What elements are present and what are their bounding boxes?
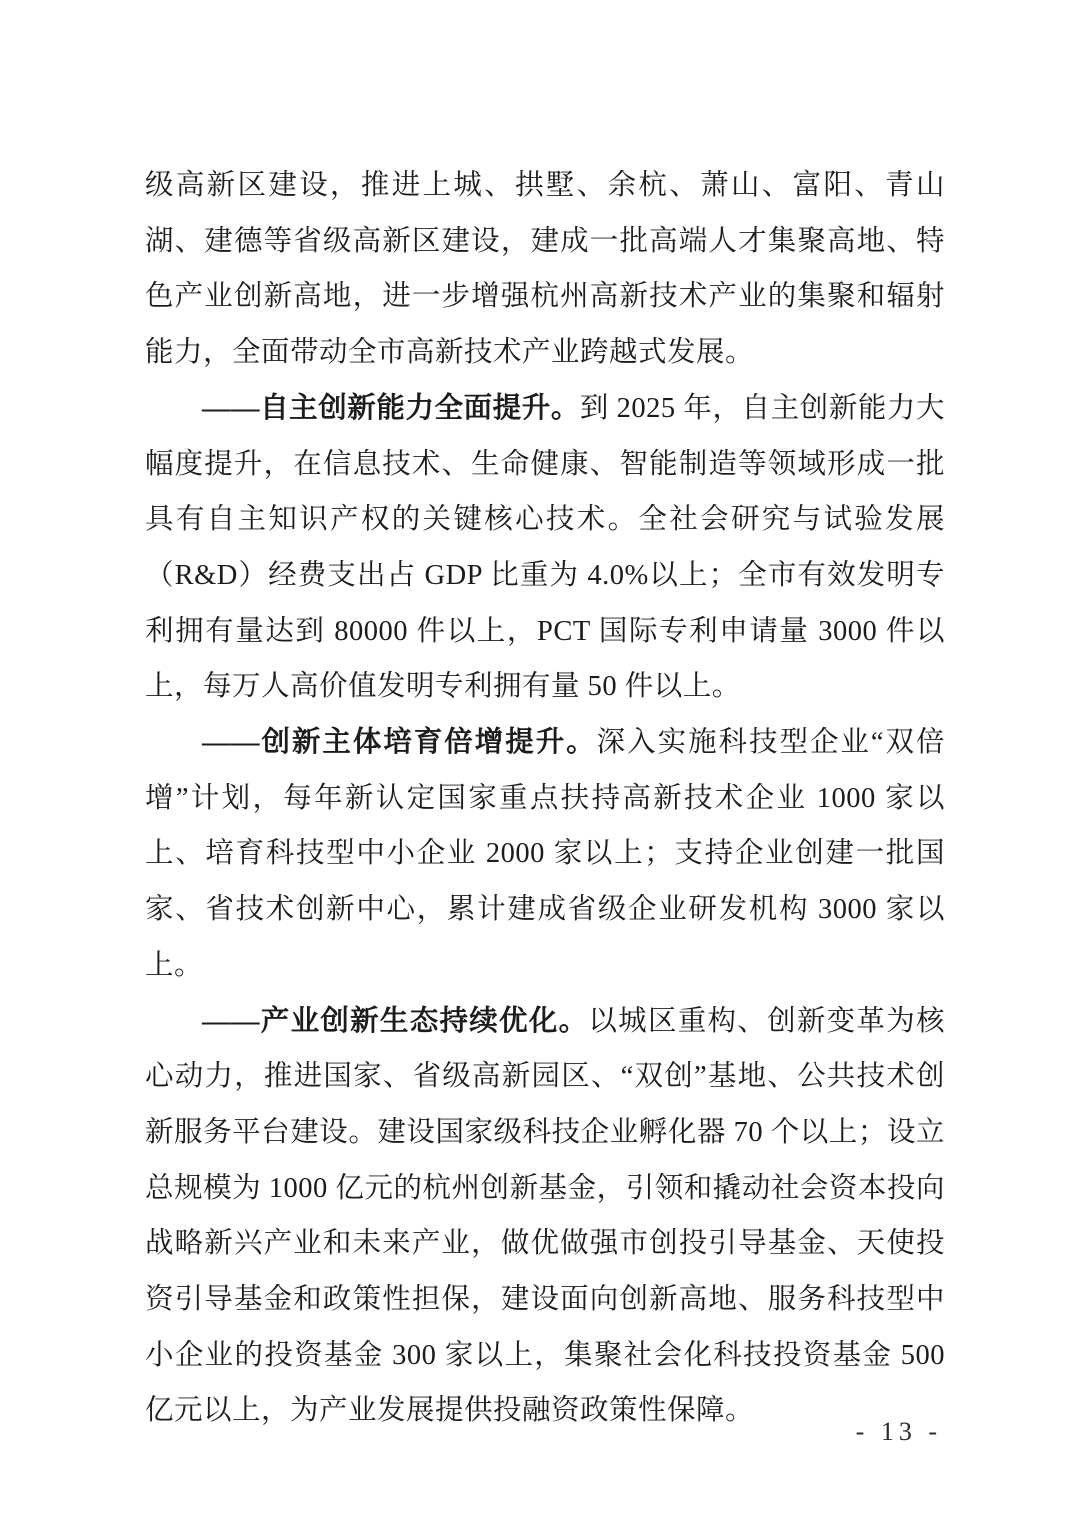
paragraph-text: 深入实施科技型企业“双倍增”计划，每年新认定国家重点扶持高新技术企业 1000 … (145, 727, 945, 981)
page-number: - 13 - (856, 1416, 942, 1448)
paragraph-continuation: 级高新区建设，推进上城、拱墅、余杭、萧山、富阳、青山湖、建德等省级高新区建设，建… (145, 158, 945, 381)
paragraph-innovation-capacity: ——自主创新能力全面提升。到 2025 年，自主创新能力大幅度提升，在信息技术、… (145, 381, 945, 715)
paragraph-text: 到 2025 年，自主创新能力大幅度提升，在信息技术、生命健康、智能制造等领域形… (145, 393, 945, 703)
paragraph-innovation-ecosystem: ——产业创新生态持续优化。以城区重构、创新变革为核心动力，推进国家、省级高新园区… (145, 994, 945, 1440)
document-body: 级高新区建设，推进上城、拱墅、余杭、萧山、富阳、青山湖、建德等省级高新区建设，建… (145, 158, 945, 1439)
paragraph-text: 级高新区建设，推进上城、拱墅、余杭、萧山、富阳、青山湖、建德等省级高新区建设，建… (145, 170, 945, 368)
paragraph-lead-heading: ——创新主体培育倍增提升。 (202, 727, 597, 758)
paragraph-lead-heading: ——自主创新能力全面提升。 (202, 393, 580, 424)
document-page: 级高新区建设，推进上城、拱墅、余杭、萧山、富阳、青山湖、建德等省级高新区建设，建… (0, 0, 1080, 1527)
paragraph-innovation-entities: ——创新主体培育倍增提升。深入实施科技型企业“双倍增”计划，每年新认定国家重点扶… (145, 715, 945, 994)
paragraph-text: 以城区重构、创新变革为核心动力，推进国家、省级高新园区、“双创”基地、公共技术创… (145, 1006, 945, 1427)
paragraph-lead-heading: ——产业创新生态持续优化。 (202, 1006, 588, 1037)
